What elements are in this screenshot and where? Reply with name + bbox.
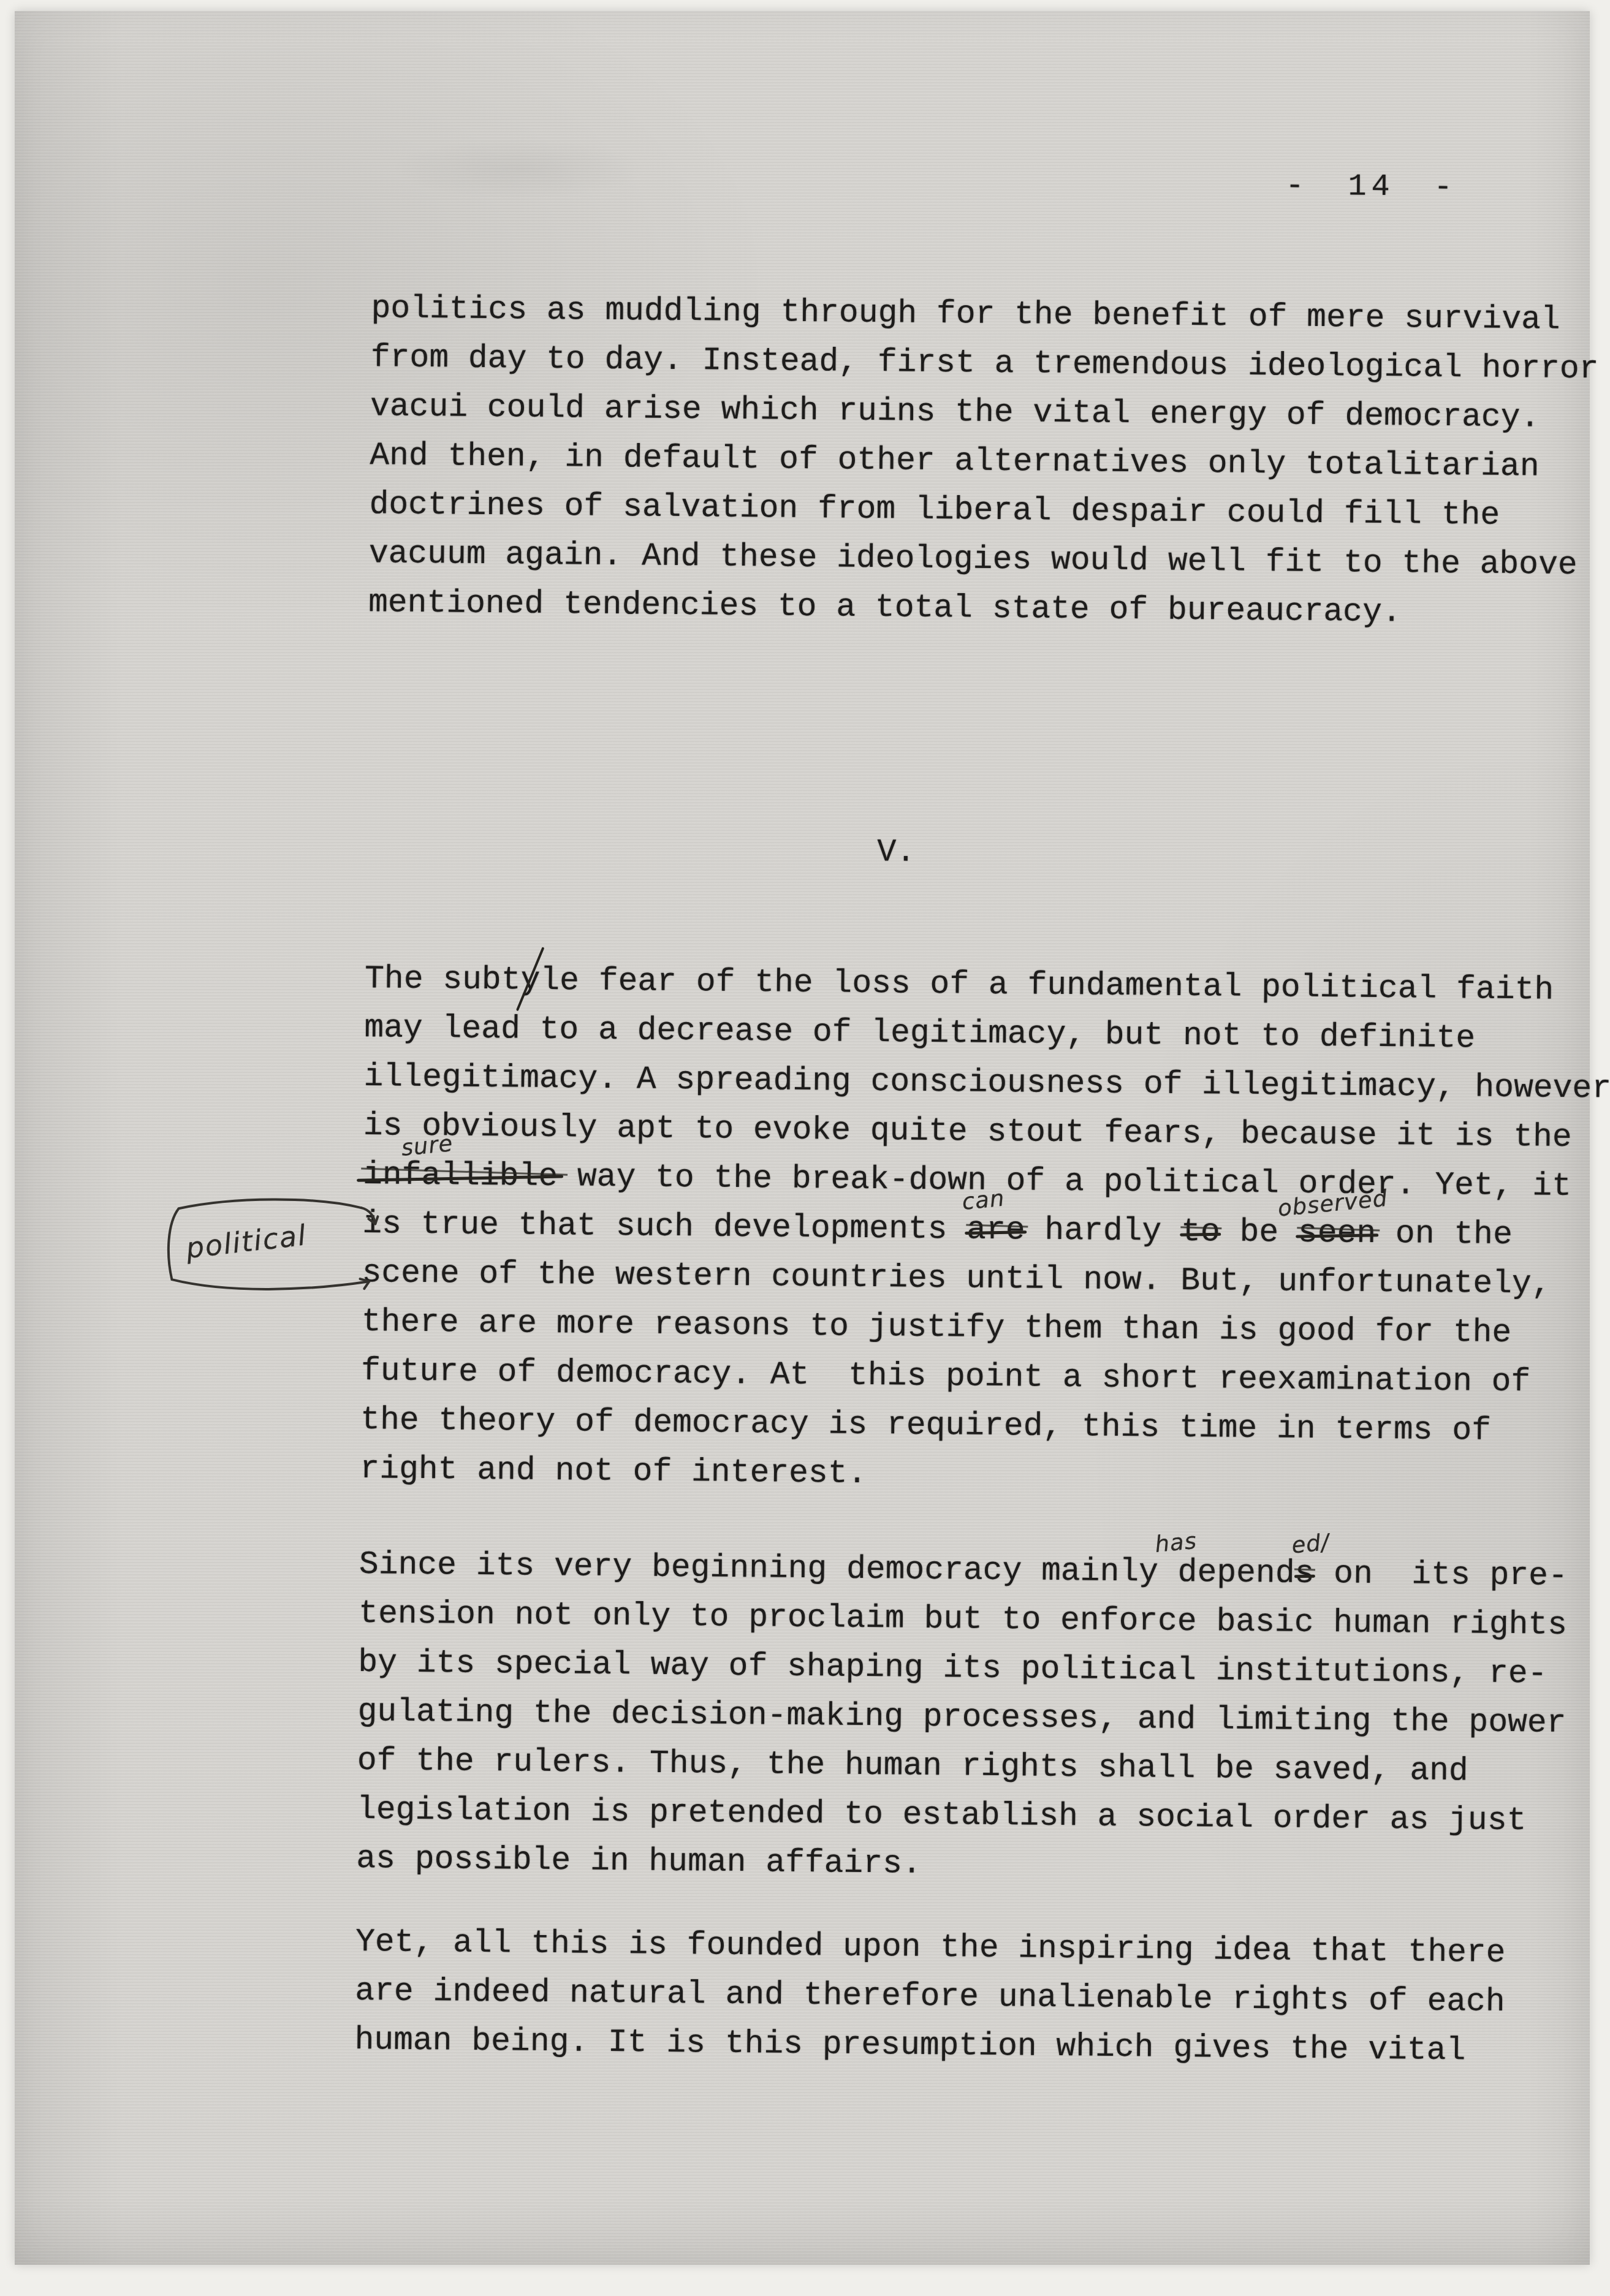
handwritten-correction: can <box>961 1187 1006 1213</box>
typed-text: as possible in human affairs. <box>356 1834 922 1889</box>
typed-text: right and not of interest. <box>360 1444 867 1498</box>
section-heading: V. <box>877 834 916 871</box>
typed-text: Since its very beginning democracy mainl… <box>359 1540 1179 1597</box>
typed-text: mentioned tendencies to a total state of… <box>368 578 1402 637</box>
typewritten-content: - 14 - V. politics as muddling through f… <box>4 4 1601 2273</box>
typed-text: hardly <box>1025 1205 1181 1256</box>
typed-text: on the <box>1376 1209 1513 1259</box>
corrected-text: y <box>520 956 541 1005</box>
paragraphs: politics as muddling through for the ben… <box>26 4 1601 19</box>
opening-paragraph: politics as muddling through for the ben… <box>368 284 1600 638</box>
corrected-text: seenobserved <box>1298 1208 1376 1258</box>
handwritten-correction: has <box>1154 1529 1198 1556</box>
typed-text: dependhas <box>1177 1548 1295 1598</box>
corrected-text: arecan <box>966 1205 1025 1255</box>
section-v-paragraph-2: Since its very beginning democracy mainl… <box>356 1540 1568 1895</box>
typed-text: human being. It is this presumption whic… <box>354 2015 1466 2075</box>
text-line: human being. It is this presumption whic… <box>354 2015 1505 2075</box>
section-v-paragraph-1: The subtyle fear of the loss of a fundam… <box>360 954 1610 1505</box>
closing-paragraph: Yet, all this is founded upon the inspir… <box>354 1917 1506 2075</box>
page-number: - 14 - <box>1285 169 1457 205</box>
corrected-text: sed/ <box>1294 1549 1315 1598</box>
margin-note: political <box>153 1186 412 1311</box>
handwritten-correction: sure <box>400 1132 454 1159</box>
typed-text: on its pre- <box>1314 1549 1568 1601</box>
typed-text: is true that such developments <box>362 1199 967 1254</box>
typed-text: The subt <box>365 954 521 1004</box>
document-page: - 14 - V. politics as muddling through f… <box>15 11 1590 2265</box>
corrected-text: to <box>1181 1207 1220 1257</box>
